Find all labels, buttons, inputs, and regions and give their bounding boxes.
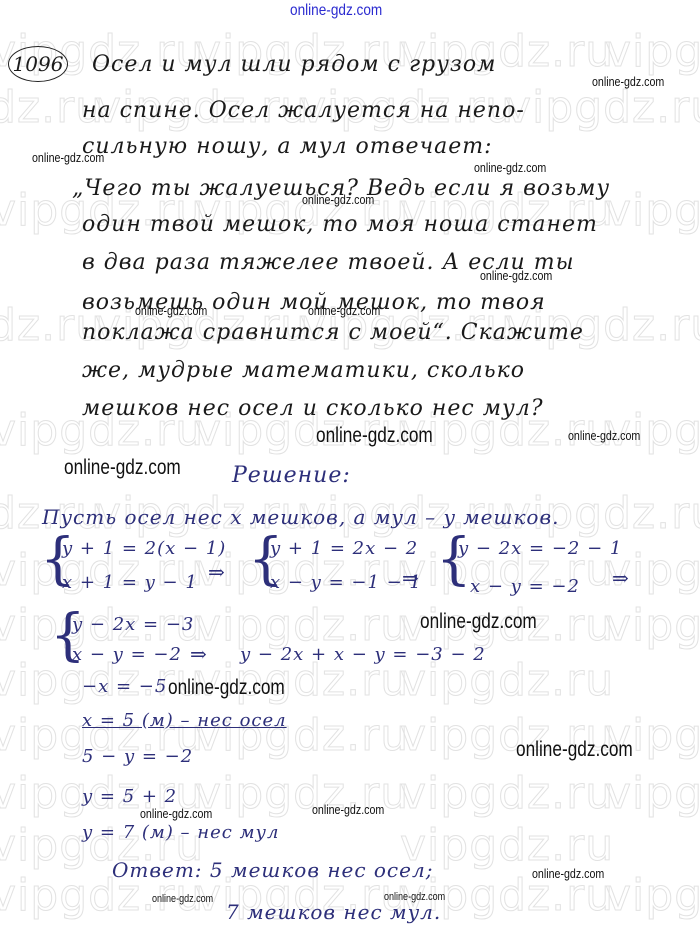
vipgdz-watermark: vipgdz.ru [605,870,700,921]
vipgdz-watermark: vipgdz.ru [505,82,700,133]
problem-line: мешков нес осел и сколько нес мул? [82,396,544,421]
y-result: y = 7 (м) – нес мул [82,822,279,843]
site-link[interactable]: online-gdz.com [290,2,382,20]
vipgdz-watermark: vipgdz.ru [400,768,614,819]
y-calculation: y = 5 + 2 [82,786,177,807]
online-gdz-watermark: online-gdz.com [64,456,181,480]
online-gdz-watermark: online-gdz.com [568,428,640,443]
problem-line: возьмешь один мой мешок, то твоя [82,290,546,315]
online-gdz-watermark: online-gdz.com [516,738,633,762]
online-gdz-watermark: online-gdz.com [168,676,285,700]
problem-line: поклажа сравнится с моей“. Скажите [82,320,584,345]
vipgdz-watermark: vipgdz.ru [605,26,700,77]
answer-line-2: 7 мешков нес мул. [226,900,441,924]
answer-line-1: Ответ: 5 мешков нес осел; [112,858,433,882]
system3-eq2: x − y = −2 [470,576,580,597]
online-gdz-watermark: online-gdz.com [316,424,433,448]
online-gdz-watermark: online-gdz.com [420,610,537,634]
problem-line: один твой мешок, то моя ноша станет [82,212,598,237]
problem-line: на спине. Осел жалуется на непо- [82,98,525,123]
system3-eq1: y − 2x = −2 − 1 [458,538,622,559]
implies-arrow: ⇒ [402,566,420,590]
substitution: 5 − y = −2 [82,746,193,767]
problem-line: сильную ношу, а мул отвечает: [82,134,493,159]
online-gdz-watermark: online-gdz.com [474,160,546,175]
problem-line: „Чего ты жалуешься? Ведь если я возьму [72,176,610,201]
system1-eq1: y + 1 = 2(x − 1) [62,538,226,559]
vipgdz-watermark: vipgdz.ru [605,768,700,819]
vipgdz-watermark: vipgdz.ru [605,405,700,456]
system4-eq2: x − y = −2 [72,644,182,665]
problem-number-text: 1096 [13,52,64,76]
implies-arrow: ⇒ [190,642,208,666]
step-neg-x: −x = −5 [82,676,167,697]
sum-equation: y − 2x + x − y = −3 − 2 [240,644,486,665]
online-gdz-watermark: online-gdz.com [152,893,213,905]
system2-eq2: x − y = −1 − 1 [270,572,422,593]
vipgdz-watermark: vipgdz.ru [605,600,700,651]
x-result: x = 5 (м) – нес осел [82,710,287,731]
problem-number: 1096 [8,46,68,82]
system2-eq1: y + 1 = 2x − 2 [270,538,418,559]
online-gdz-watermark: online-gdz.com [312,802,384,817]
implies-arrow: ⇒ [208,560,226,584]
vipgdz-watermark: vipgdz.ru [605,185,700,236]
vipgdz-watermark: vipgdz.ru [605,710,700,761]
solution-intro: Пусть осел нес x мешков, а мул – y мешко… [42,505,559,529]
implies-arrow: ⇒ [612,566,630,590]
problem-line: в два раза тяжелее твоей. А если ты [82,250,575,275]
online-gdz-watermark: online-gdz.com [592,74,664,89]
online-gdz-watermark: online-gdz.com [140,806,212,821]
problem-line: Осел и мул шли рядом с грузом [92,52,496,77]
system1-eq2: x + 1 = y − 1 [62,572,198,593]
problem-line: же, мудрые математики, сколько [82,358,525,383]
vipgdz-watermark: vipgdz.ru [400,710,614,761]
system4-eq1: y − 2x = −3 [72,614,194,635]
vipgdz-watermark: vipgdz.ru [195,768,409,819]
online-gdz-watermark: online-gdz.com [532,866,604,881]
solution-heading: Решение: [232,463,351,488]
